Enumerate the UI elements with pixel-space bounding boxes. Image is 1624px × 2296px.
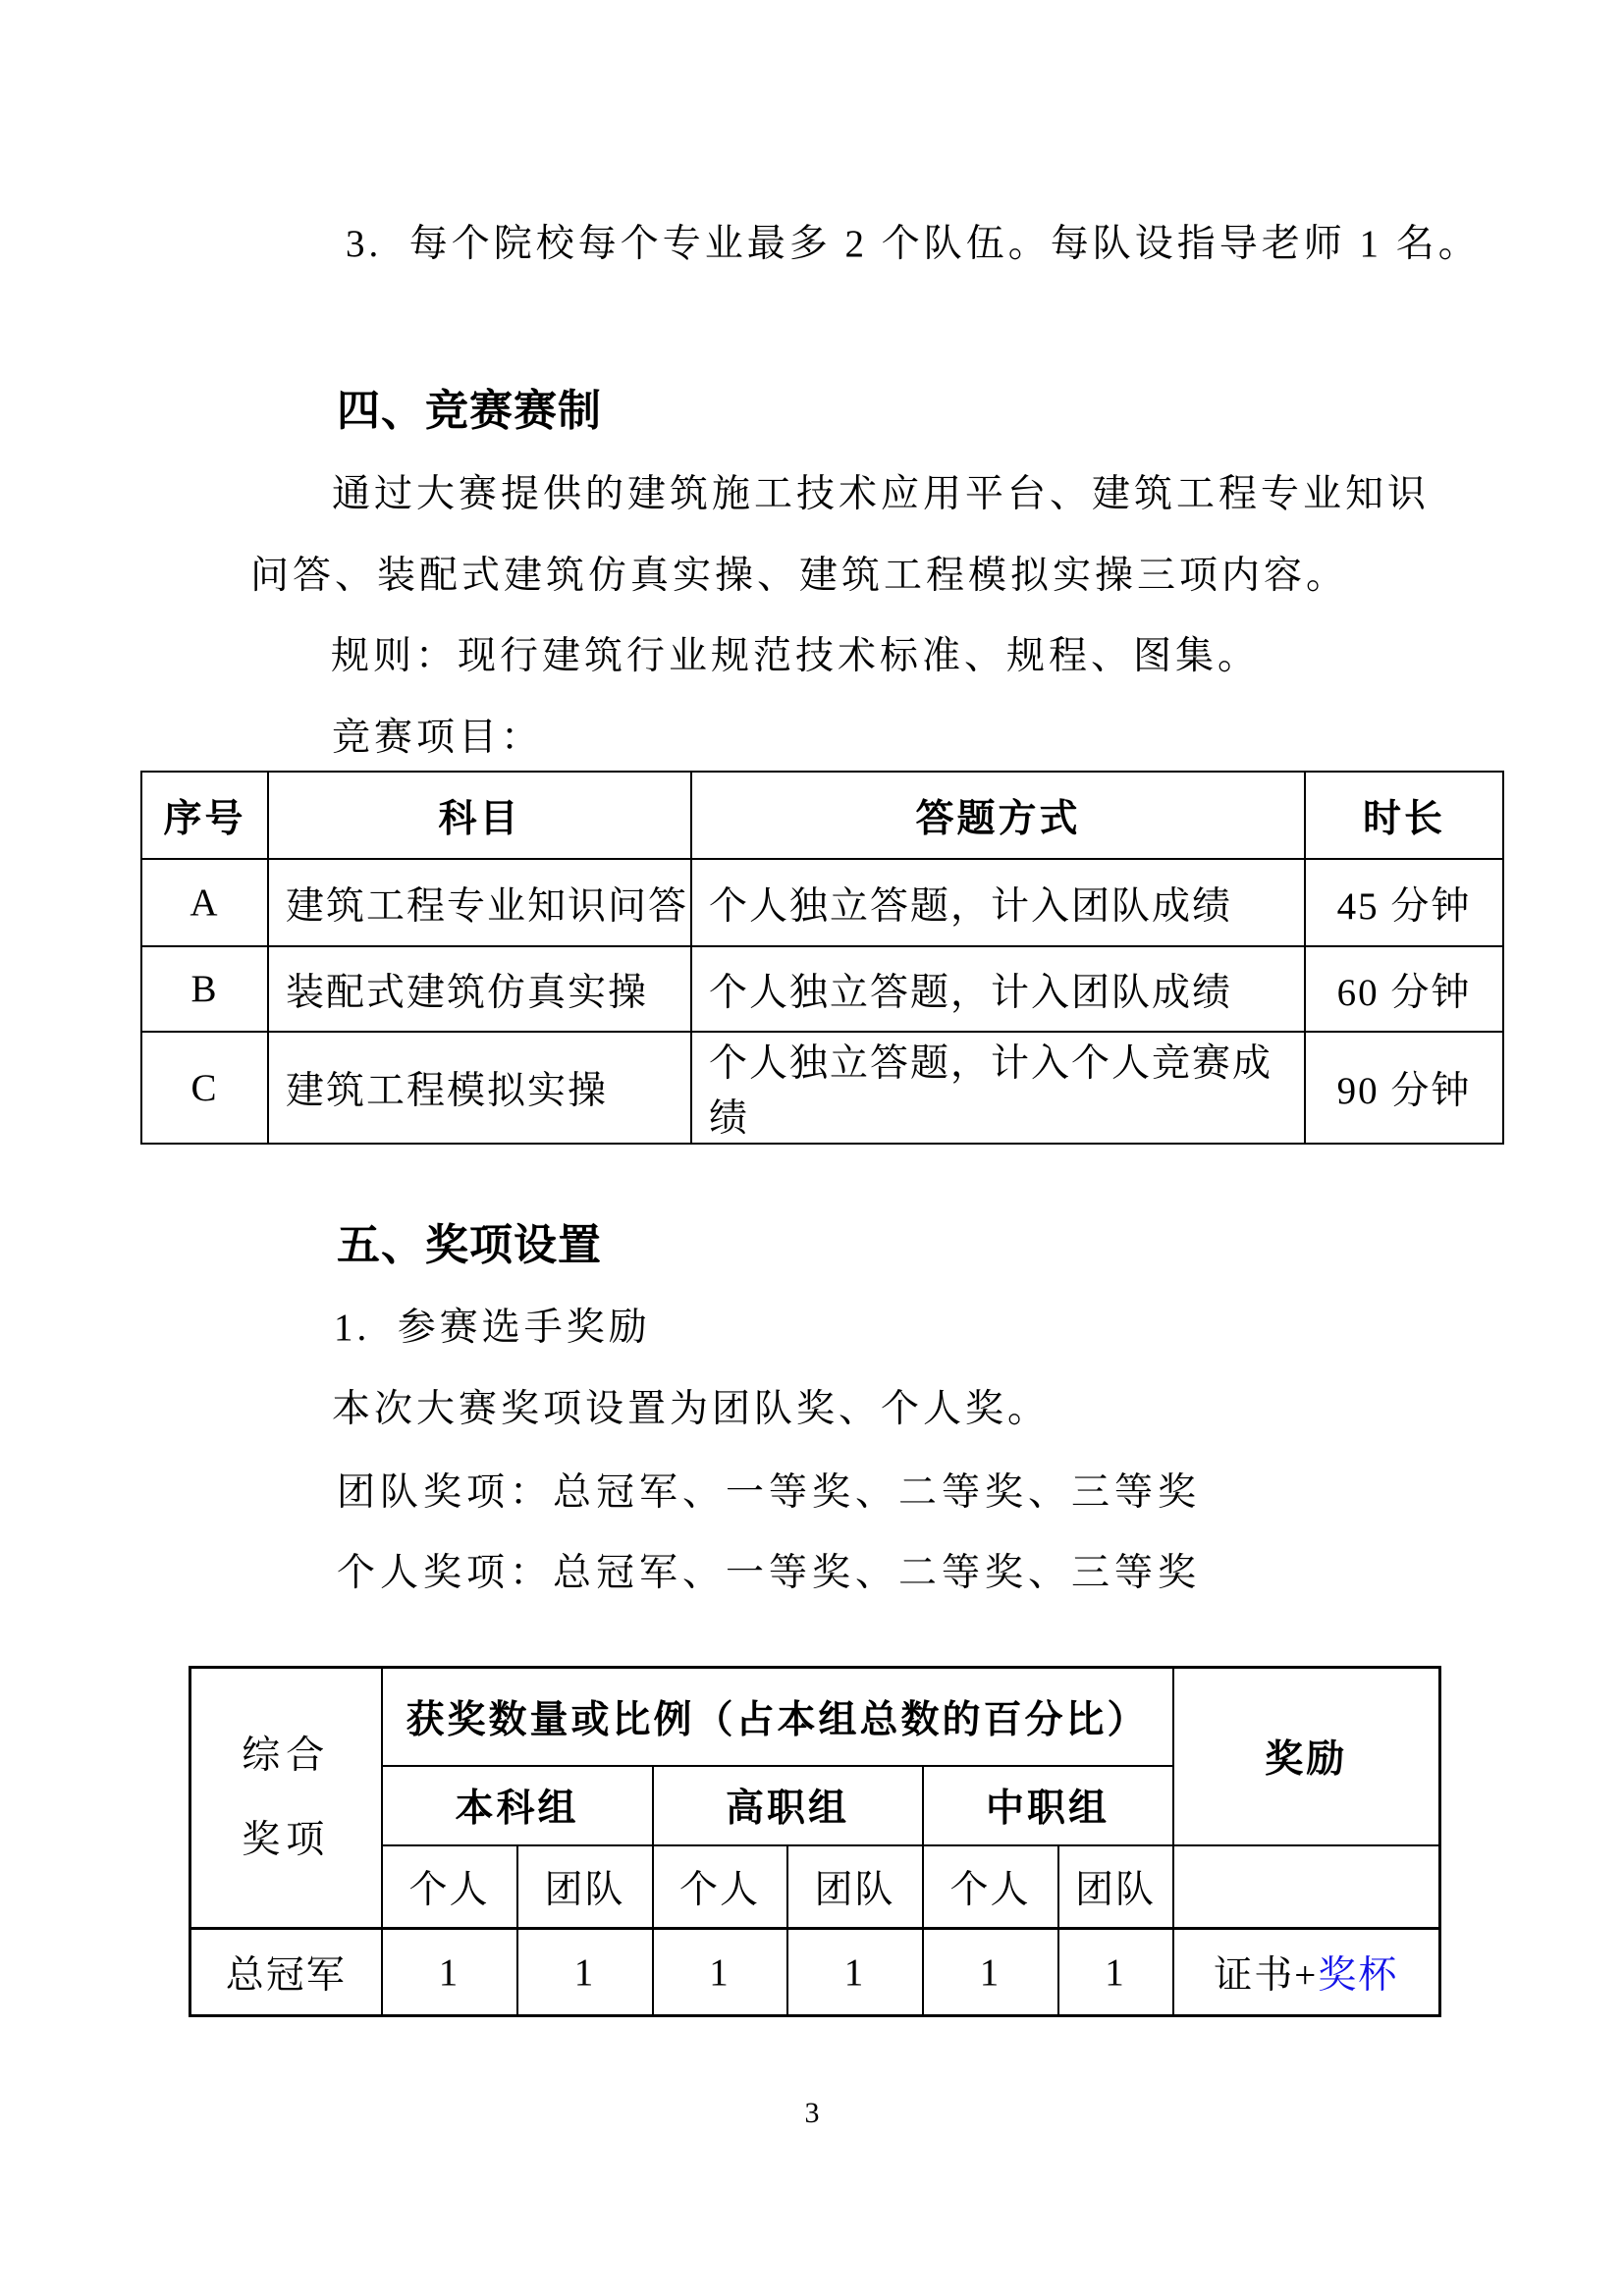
cell-no: C (141, 1032, 268, 1144)
group-header-secondary-vocational: 中职组 (923, 1766, 1173, 1845)
cell-method: 个人独立答题，计入个人竞赛成绩 (691, 1032, 1305, 1144)
awards-intro-paragraph: 本次大赛奖项设置为团队奖、个人奖。 (332, 1388, 1050, 1431)
reward-header: 奖励 (1173, 1668, 1440, 1845)
comprehensive-award-header: 综合 奖项 (190, 1668, 382, 1929)
cell-no: A (141, 859, 268, 946)
cell-subject: 建筑工程专业知识问答 (268, 859, 691, 946)
count-cell: 1 (787, 1929, 923, 2016)
awards-row-grand-champion: 总冠军 1 1 1 1 1 1 证书+奖杯 (190, 1929, 1440, 2016)
reward-prefix-text: 证书+ (1214, 1954, 1318, 1997)
group-header-higher-vocational: 高职组 (653, 1766, 923, 1845)
count-cell: 1 (1058, 1929, 1173, 2016)
subheader-individual: 个人 (923, 1845, 1058, 1929)
section-heading-4: 四、竞赛赛制 (337, 387, 602, 435)
subheader-individual: 个人 (653, 1845, 787, 1929)
section-heading-5: 五、奖项设置 (337, 1221, 602, 1269)
count-cell: 1 (923, 1929, 1058, 2016)
subheader-team: 团队 (517, 1845, 653, 1929)
competition-schedule-table: 序号 科目 答题方式 时长 A 建筑工程专业知识问答 个人独立答题，计入团队成绩… (140, 771, 1504, 1145)
subheader-team: 团队 (1058, 1845, 1173, 1929)
subheader-team: 团队 (787, 1845, 923, 1929)
quantity-ratio-header: 获奖数量或比例（占本组总数的百分比） (382, 1668, 1173, 1766)
list-item-1: 1. 参赛选手奖励 (334, 1307, 651, 1350)
reward-trophy-text: 奖杯 (1318, 1954, 1398, 1997)
cell-method: 个人独立答题，计入团队成绩 (691, 946, 1305, 1032)
intro-paragraph-line1: 通过大赛提供的建筑施工技术应用平台、建筑工程专业知识 (332, 473, 1430, 516)
awards-header-row-1: 综合 奖项 获奖数量或比例（占本组总数的百分比） 奖励 (190, 1668, 1440, 1766)
col-header-duration: 时长 (1305, 772, 1503, 859)
cell-duration: 90 分钟 (1305, 1032, 1503, 1144)
rules-paragraph: 规则：现行建筑行业规范技术标准、规程、图集。 (331, 635, 1260, 678)
document-page: 3. 每个院校每个专业最多 2 个队伍。每队设指导老师 1 名。 四、竞赛赛制 … (0, 0, 1624, 2296)
group-header-undergraduate: 本科组 (382, 1766, 653, 1845)
count-cell: 1 (517, 1929, 653, 2016)
cell-subject: 建筑工程模拟实操 (268, 1032, 691, 1144)
cell-duration: 60 分钟 (1305, 946, 1503, 1032)
schedule-header-row: 序号 科目 答题方式 时长 (141, 772, 1503, 859)
award-name-cell: 总冠军 (190, 1929, 382, 2016)
subheader-individual: 个人 (382, 1845, 517, 1929)
count-cell: 1 (382, 1929, 517, 2016)
reward-cell: 证书+奖杯 (1173, 1929, 1440, 2016)
schedule-row-c: C 建筑工程模拟实操 个人独立答题，计入个人竞赛成绩 90 分钟 (141, 1032, 1503, 1144)
schedule-row-b: B 装配式建筑仿真实操 个人独立答题，计入团队成绩 60 分钟 (141, 946, 1503, 1032)
page-number: 3 (0, 2097, 1624, 2130)
col-header-no: 序号 (141, 772, 268, 859)
individual-awards-paragraph: 个人奖项：总冠军、一等奖、二等奖、三等奖 (337, 1552, 1201, 1595)
schedule-row-a: A 建筑工程专业知识问答 个人独立答题，计入团队成绩 45 分钟 (141, 859, 1503, 946)
list-item-3: 3. 每个院校每个专业最多 2 个队伍。每队设指导老师 1 名。 (346, 223, 1481, 266)
col-header-subject: 科目 (268, 772, 691, 859)
cell-method: 个人独立答题，计入团队成绩 (691, 859, 1305, 946)
competition-items-label: 竞赛项目： (332, 717, 543, 760)
team-awards-paragraph: 团队奖项：总冠军、一等奖、二等奖、三等奖 (337, 1471, 1201, 1515)
count-cell: 1 (653, 1929, 787, 2016)
intro-paragraph-line2: 问答、装配式建筑仿真实操、建筑工程模拟实操三项内容。 (250, 555, 1348, 598)
cell-subject: 装配式建筑仿真实操 (268, 946, 691, 1032)
col-header-method: 答题方式 (691, 772, 1305, 859)
awards-allocation-table: 综合 奖项 获奖数量或比例（占本组总数的百分比） 奖励 本科组 高职组 中职组 … (189, 1666, 1441, 2017)
cell-duration: 45 分钟 (1305, 859, 1503, 946)
empty-cell (1173, 1845, 1440, 1929)
cell-no: B (141, 946, 268, 1032)
